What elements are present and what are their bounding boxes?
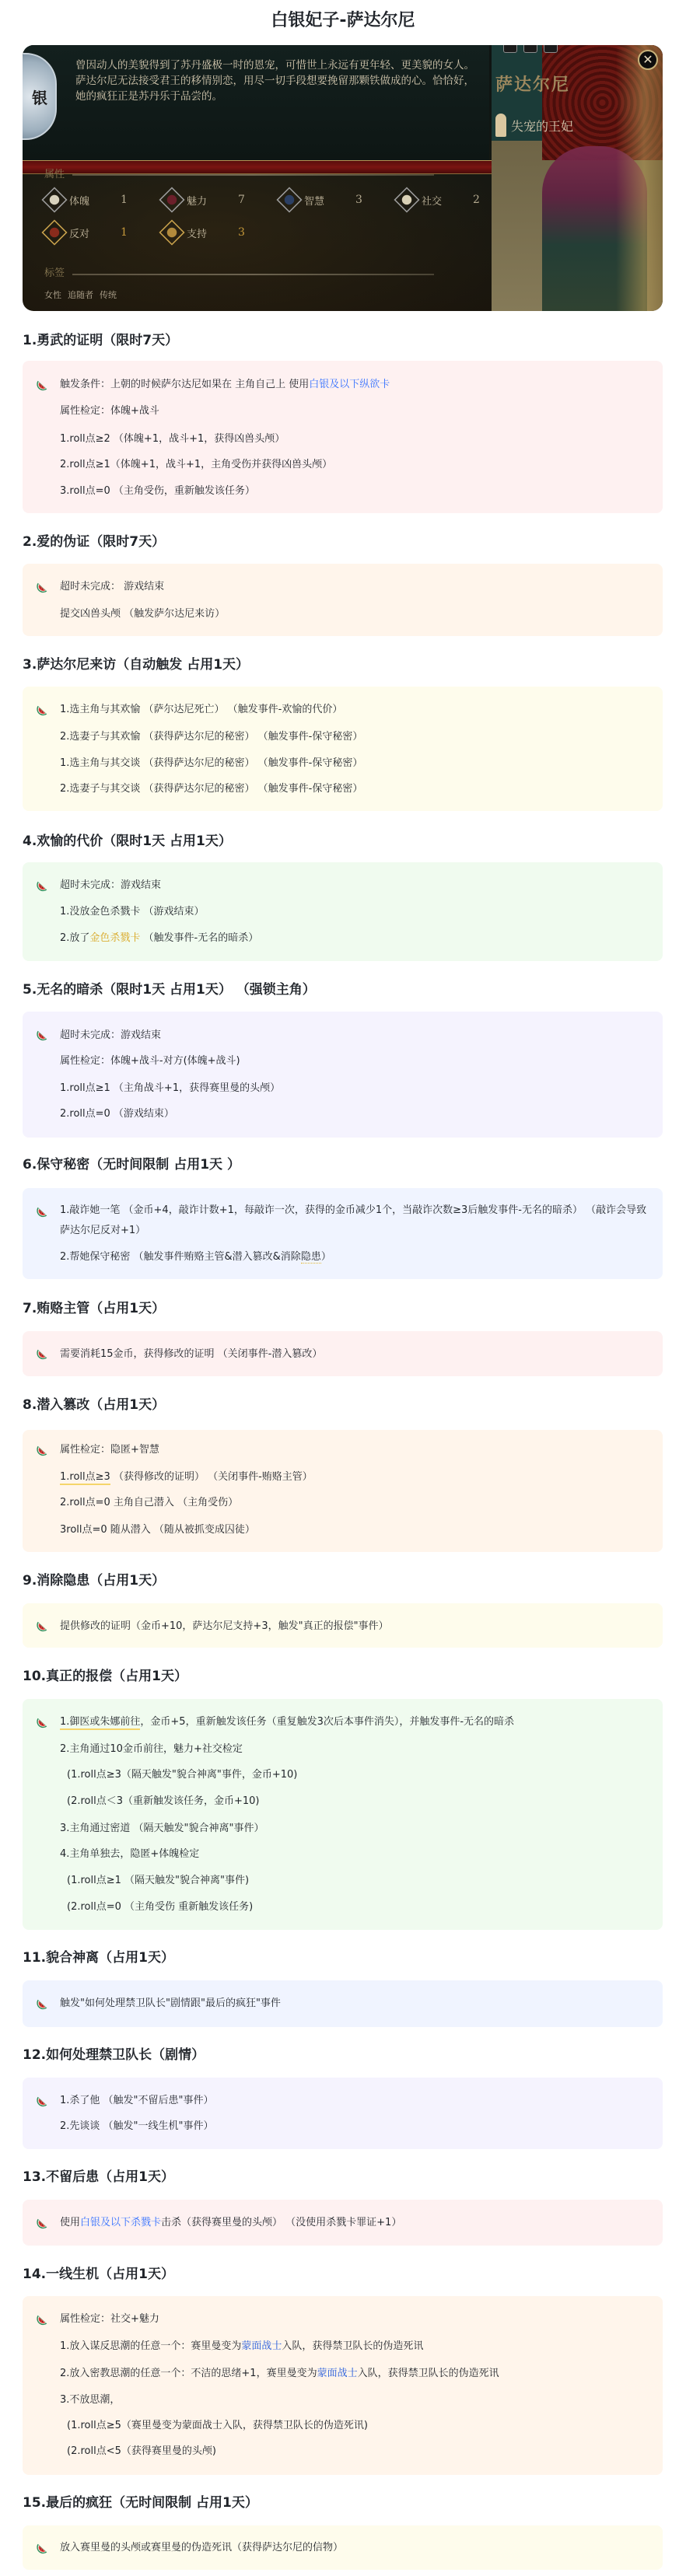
tags-label: 标签 — [44, 264, 65, 279]
watermelon-icon — [35, 1347, 49, 1361]
list-item: 2.先谈谈 （触发"一线生机"事件） — [60, 2119, 214, 2134]
stat-value: 2 — [473, 194, 480, 206]
watermelon-icon — [35, 1998, 49, 2012]
section-box: 1.敲诈她一笔 （金币+4，敲诈计数+1，每敲诈一次，获得的金币减少1个，当敲诈… — [23, 1188, 663, 1279]
list-item: (2.roll点＜3（重新触发该任务，金币+10) — [67, 1794, 260, 1809]
section-heading: 13.不留后患（占用1天） — [23, 2168, 174, 2186]
wisdom-icon — [276, 187, 302, 212]
watermelon-icon — [35, 379, 49, 393]
section-box: 属性检定：隐匿+智慧 1.roll点≥3 （获得修改的证明） （关闭事件-贿赂主… — [23, 1430, 663, 1552]
list-item: 超时未完成： 游戏结束 — [60, 579, 164, 595]
section-heading: 14.一线生机（占用1天） — [23, 2265, 174, 2284]
character-description: 曾因动人的美貌得到了苏丹盛极一时的恩宠，可惜世上永远有更年轻、更美貌的女人。萨达… — [75, 58, 480, 104]
watermelon-icon — [35, 2095, 49, 2109]
section-box: 触发条件：上朝的时候萨尔达尼如果在 主角自己上 使用白银及以下纵欲卡 属性检定：… — [23, 361, 663, 513]
list-item: 超时未完成：游戏结束 — [60, 1028, 161, 1043]
watermelon-icon — [35, 1444, 49, 1458]
character-role: 失宠的王妃 — [495, 114, 573, 137]
unit-link[interactable]: 蒙面战士 — [241, 2340, 282, 2352]
close-icon: ✕ — [642, 52, 653, 67]
section-box: 使用白银及以下杀戮卡击杀（获得赛里曼的头颅） （没使用杀戮卡罪证+1） — [23, 2200, 663, 2246]
section-heading: 15.最后的疯狂（无时间限制 占用1天） — [23, 2494, 258, 2512]
list-item: (2.roll点<5（获得赛里曼的头颅) — [67, 2444, 216, 2459]
list-item: 2.roll点=0 主角自己潜入 （主角受伤） — [60, 1495, 238, 1511]
stat-label: 社交 — [422, 193, 473, 208]
stat-value: 1 — [121, 194, 128, 206]
list-item: 属性检定：体魄+战斗-对方(体魄+战斗) — [60, 1054, 240, 1069]
list-item: 2.主角通过10金币前往，魅力+社交检定 — [60, 1742, 243, 1757]
card-divider-band — [23, 160, 567, 174]
watermelon-icon — [35, 2217, 49, 2231]
key-icon — [544, 45, 558, 53]
stat-wisdom: 智慧 3 — [278, 187, 362, 212]
stat-value: 3 — [238, 226, 245, 239]
section-box: 1.杀了他 （触发"不留后患"事件） 2.先谈谈 （触发"一线生机"事件） — [23, 2078, 663, 2149]
card-link[interactable]: 白银及以下纵欲卡 — [309, 379, 390, 390]
character-name: 萨达尔尼 — [495, 72, 570, 96]
ornate-frame — [616, 45, 663, 311]
stat-label: 魅力 — [187, 193, 238, 208]
card-top-icons — [503, 45, 558, 53]
list-item: (2.roll点=0 （主角受伤 重新触发该任务) — [67, 1900, 253, 1915]
stat-value: 3 — [355, 194, 362, 206]
list-item: 1.杀了他 （触发"不留后患"事件） — [60, 2093, 214, 2109]
section-box: 超时未完成：游戏结束 属性检定：体魄+战斗-对方(体魄+战斗) 1.roll点≥… — [23, 1012, 663, 1138]
watermelon-icon — [35, 581, 49, 595]
figure-icon — [523, 45, 537, 53]
list-item: 属性检定：隐匿+智慧 — [60, 1442, 159, 1458]
rank-label: 银 — [23, 86, 47, 108]
watermelon-icon — [35, 1620, 49, 1634]
gold-card-link[interactable]: 金色杀戮卡 — [89, 932, 140, 944]
tag: 传统 — [100, 288, 117, 301]
list-item: 1.roll点≥3 （获得修改的证明） （关闭事件-贿赂主管） — [60, 1470, 313, 1485]
section-heading: 11.貌合神离（占用1天） — [23, 1949, 174, 1967]
page-title: 白银妃子-萨达尔尼 — [0, 9, 686, 33]
section-heading: 10.真正的报偿（占用1天） — [23, 1667, 187, 1686]
list-item: 3.不放思潮， — [60, 2392, 120, 2408]
strength-icon — [41, 187, 67, 212]
watermelon-icon — [35, 704, 49, 718]
tag-list: 女性 追随者 传统 — [44, 288, 117, 301]
stat-label: 反对 — [69, 225, 121, 240]
watermelon-icon — [35, 1029, 49, 1043]
list-item: 触发条件：上朝的时候萨尔达尼如果在 主角自己上 使用白银及以下纵欲卡 — [60, 377, 390, 393]
watermelon-icon — [35, 1716, 49, 1730]
bust-icon — [495, 114, 506, 137]
section-heading: 6.保守秘密（无时间限制 占用1天 ） — [23, 1155, 240, 1174]
section-heading: 7.贿赂主管（占用1天） — [23, 1299, 165, 1318]
section-box: 超时未完成：游戏结束 1.没放金色杀戮卡 （游戏结束） 2.放了金色杀戮卡 （触… — [23, 862, 663, 961]
list-item: 1.选主角与其交谈 （获得萨达尔尼的秘密） （触发事件-保守秘密） — [60, 756, 362, 771]
list-item: 3.roll点=0 （主角受伤，重新触发该任务） — [60, 484, 255, 499]
section-heading: 1.勇武的证明（限时7天） — [23, 331, 178, 350]
unit-link[interactable]: 蒙面战士 — [317, 2368, 358, 2379]
card-link[interactable]: 白银及以下杀戮卡 — [80, 2217, 161, 2228]
list-item: 1.roll点≥2 （体魄+1，战斗+1，获得凶兽头颅） — [60, 432, 285, 447]
section-heading: 5.无名的暗杀（限时1天 占用1天） （强锁主角） — [23, 980, 316, 999]
section-heading: 4.欢愉的代价（限时1天 占用1天） — [23, 832, 232, 851]
oppose-icon — [41, 219, 67, 245]
stat-strength: 体魄 1 — [43, 187, 128, 212]
section-box: 1.御医或朱娜前往，金币+5，重新触发该任务（重复触发3次后本事件消失），并触发… — [23, 1699, 663, 1930]
list-item: 2.roll点=0 （游戏结束） — [60, 1106, 174, 1122]
stat-value: 1 — [121, 226, 128, 239]
attributes-divider — [72, 174, 434, 176]
list-item: 1.roll点≥1 （主角战斗+1，获得赛里曼的头颅） — [60, 1081, 280, 1096]
tag: 追随者 — [68, 288, 93, 301]
list-item: 提交凶兽头颅 （触发萨尔达尼来访） — [60, 606, 225, 622]
list-item: 触发"如何处理禁卫队长"剧情跟"最后的疯狂"事件 — [60, 1996, 281, 2012]
list-item: (1.roll点≥1 （隔天触发"貌合神离"事件) — [67, 1873, 249, 1889]
watermelon-icon — [35, 2542, 49, 2556]
comment-mark[interactable]: 1.御医或朱娜前往 — [60, 1716, 140, 1730]
comment-mark[interactable]: 1.roll点≥3 — [60, 1471, 110, 1485]
stat-label: 智慧 — [304, 193, 355, 208]
list-item: 1.没放金色杀戮卡 （游戏结束） — [60, 904, 205, 920]
support-icon — [159, 219, 184, 245]
list-item: 超时未完成：游戏结束 — [60, 878, 161, 893]
section-box: 放入赛里曼的头颅或赛里曼的伪造死讯（获得萨达尔尼的信物） — [23, 2525, 663, 2570]
watermelon-icon — [35, 1205, 49, 1219]
section-box: 提供修改的证明（金币+10，萨达尔尼支持+3，触发"真正的报偿"事件） — [23, 1603, 663, 1648]
list-item: 使用白银及以下杀戮卡击杀（获得赛里曼的头颅） （没使用杀戮卡罪证+1） — [60, 2215, 401, 2231]
list-item: 属性检定：体魄+战斗 — [60, 404, 159, 419]
section-box: 1.选主角与其欢愉 （萨尔达尼死亡） （触发事件-欢愉的代价） 2.选妻子与其欢… — [23, 687, 663, 811]
sword-icon — [503, 45, 517, 53]
section-box: 需要消耗15金币，获得修改的证明 （关闭事件-潜入篡改） — [23, 1331, 663, 1376]
tags-divider — [72, 274, 434, 275]
list-item: (1.roll点≥3（隔天触发"貌合神离"事件，金币+10) — [67, 1767, 297, 1783]
list-item: 3.主角通过密道 （隔天触发"貌合神离"事件） — [60, 1821, 264, 1837]
stat-social: 社交 2 — [395, 187, 480, 212]
social-icon — [394, 187, 419, 212]
list-item: 1.选主角与其欢愉 （萨尔达尼死亡） （触发事件-欢愉的代价） — [60, 702, 342, 718]
list-item: 放入赛里曼的头颅或赛里曼的伪造死讯（获得萨达尔尼的信物） — [60, 2540, 343, 2556]
character-card: 银 曾因动人的美貌得到了苏丹盛极一时的恩宠，可惜世上永远有更年轻、更美貌的女人。… — [23, 45, 663, 311]
comment-mark[interactable]: 隐患 — [301, 1251, 321, 1264]
list-item: 2.roll点≥1（体魄+1，战斗+1，主角受伤并获得凶兽头颅） — [60, 457, 332, 473]
list-item: 1.御医或朱娜前往，金币+5，重新触发该任务（重复触发3次后本事件消失），并触发… — [60, 1714, 514, 1730]
list-item: 4.主角单独去，隐匿+体魄检定 — [60, 1847, 199, 1862]
list-item: 属性检定：社交+魅力 — [60, 2312, 159, 2327]
section-box: 超时未完成： 游戏结束 提交凶兽头颅 （触发萨尔达尼来访） — [23, 564, 663, 636]
list-item: 2.放入密教思潮的任意一个：不洁的思绪+1，赛里曼变为蒙面战士入队，获得禁卫队长… — [60, 2366, 499, 2382]
list-item: 1.放入谋反思潮的任意一个：赛里曼变为蒙面战士入队，获得禁卫队长的伪造死讯 — [60, 2339, 423, 2354]
section-box: 属性检定：社交+魅力 1.放入谋反思潮的任意一个：赛里曼变为蒙面战士入队，获得禁… — [23, 2296, 663, 2475]
close-button[interactable]: ✕ — [638, 50, 658, 70]
tag: 女性 — [44, 288, 61, 301]
list-item: 1.敲诈她一笔 （金币+4，敲诈计数+1，每敲诈一次，获得的金币减少1个，当敲诈… — [60, 1201, 647, 1241]
attributes-label: 属性 — [44, 166, 65, 180]
watermelon-icon — [35, 2313, 49, 2327]
section-heading: 12.如何处理禁卫队长（剧情） — [23, 2046, 205, 2064]
role-label: 失宠的王妃 — [511, 117, 573, 135]
list-item: 需要消耗15金币，获得修改的证明 （关闭事件-潜入篡改） — [60, 1347, 322, 1362]
list-item: 2.放了金色杀戮卡 （触发事件-无名的暗杀） — [60, 931, 258, 946]
section-heading: 8.潜入篡改（占用1天） — [23, 1396, 165, 1414]
stat-charm: 魅力 7 — [160, 187, 245, 212]
list-item: 2.帮她保守秘密 （触发事件贿赂主管&潜入篡改&消除隐患） — [60, 1250, 331, 1265]
stat-support: 支持 3 — [160, 220, 245, 245]
watermelon-icon — [35, 879, 49, 893]
list-item: (1.roll点≥5（赛里曼变为蒙面战士入队，获得禁卫队长的伪造死讯) — [67, 2418, 368, 2434]
charm-icon — [159, 187, 184, 212]
section-heading: 3.萨达尔尼来访（自动触发 占用1天） — [23, 655, 249, 674]
section-heading: 9.消除隐患（占用1天） — [23, 1571, 165, 1590]
list-item: 3roll点=0 随从潜入 （随从被抓变成囚徒） — [60, 1522, 255, 1538]
list-item: 提供修改的证明（金币+10，萨达尔尼支持+3，触发"真正的报偿"事件） — [60, 1619, 389, 1634]
section-heading: 2.爱的伪证（限时7天） — [23, 533, 165, 551]
list-item: 2.选妻子与其欢愉 （获得萨达尔尼的秘密） （触发事件-保守秘密） — [60, 729, 362, 745]
list-item: 2.选妻子与其交谈 （获得萨达尔尼的秘密） （触发事件-保守秘密） — [60, 781, 362, 797]
stat-value: 7 — [238, 194, 245, 206]
stat-label: 支持 — [187, 225, 238, 240]
section-box: 触发"如何处理禁卫队长"剧情跟"最后的疯狂"事件 — [23, 1980, 663, 2027]
stat-label: 体魄 — [69, 193, 121, 208]
stat-oppose: 反对 1 — [43, 220, 128, 245]
